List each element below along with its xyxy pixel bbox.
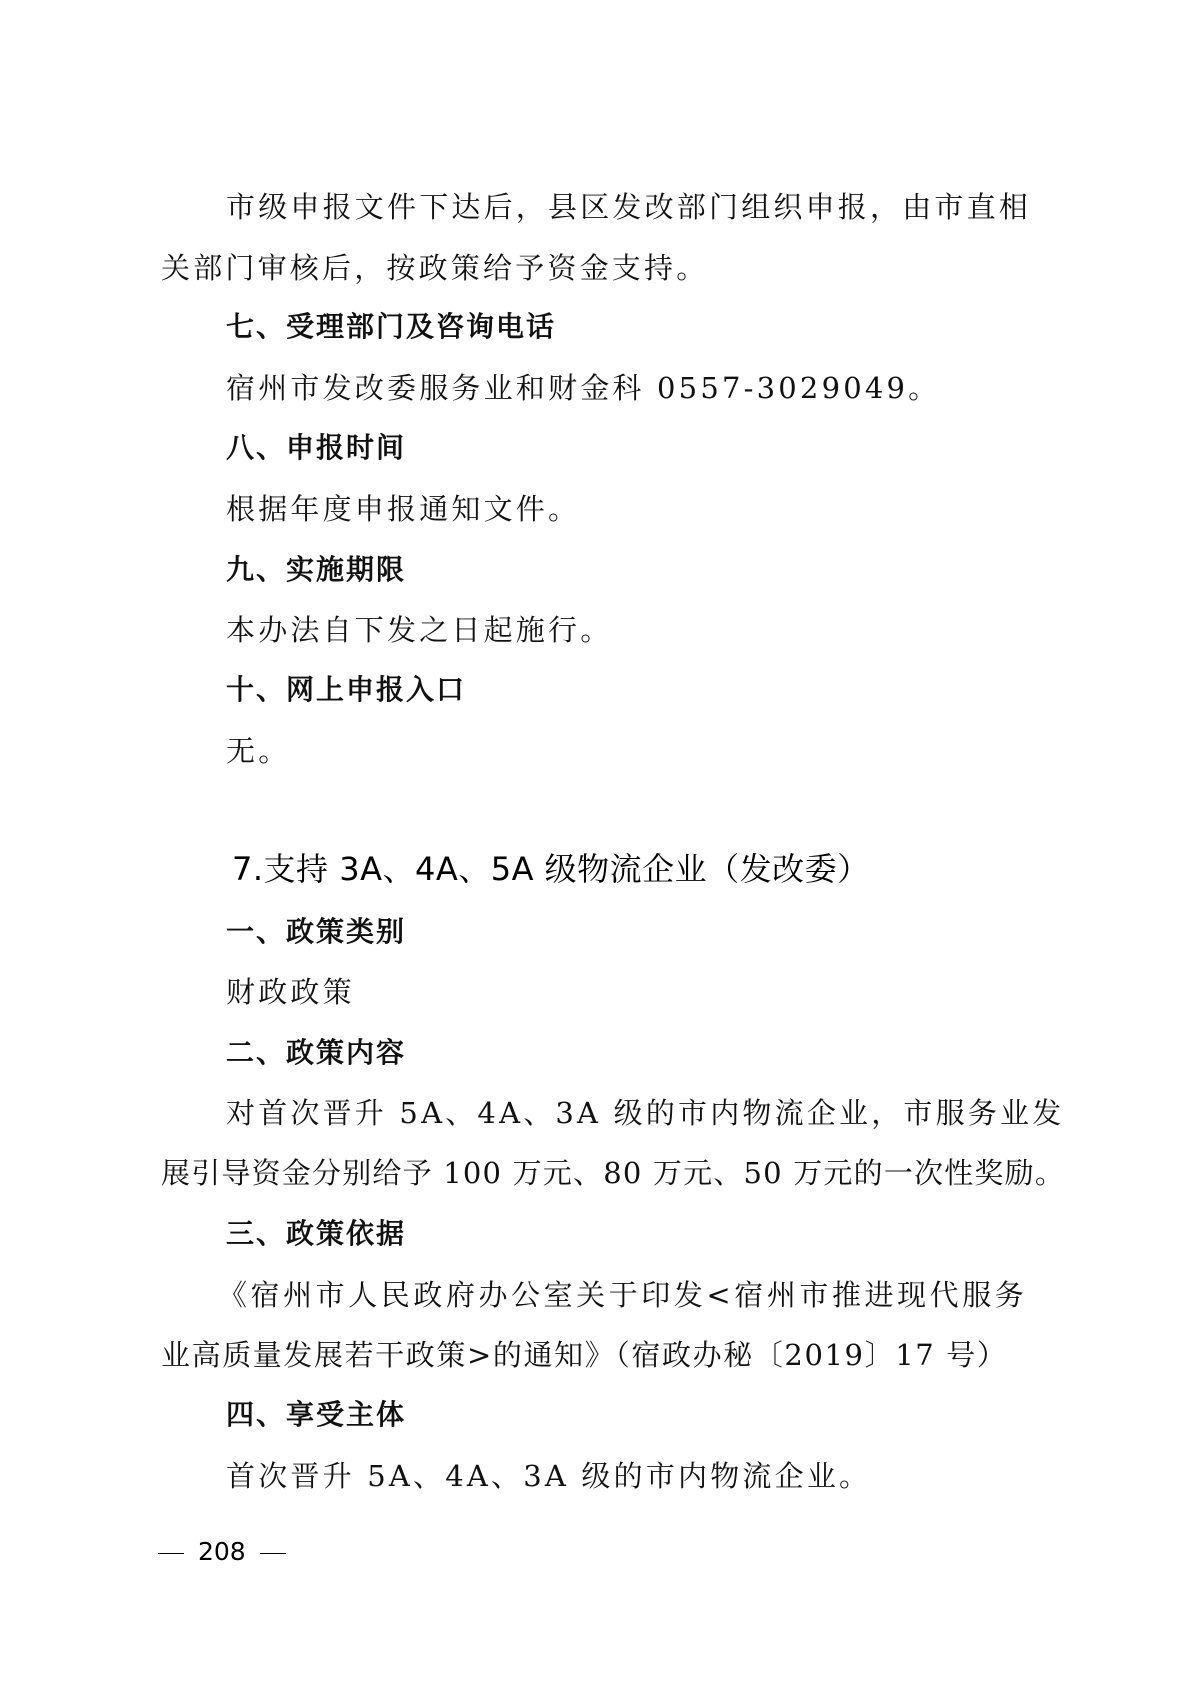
section-body: 根据年度申报通知文件。: [226, 489, 1027, 529]
section-heading: 九、实施期限: [226, 550, 1027, 590]
section-heading: 十、网上申报入口: [226, 670, 1027, 710]
section-heading: 一、政策类别: [226, 912, 1027, 952]
page-number: 208: [198, 1537, 246, 1566]
paragraph-line: 市级申报文件下达后，县区发改部门组织申报，由市直相: [226, 187, 1027, 227]
section-body: 《宿州市人民政府办公室关于印发<宿州市推进现代服务: [218, 1275, 1027, 1315]
section-heading: 七、受理部门及咨询电话: [226, 307, 1027, 347]
policy-title: 7.支持 3A、4A、5A 级物流企业（发改委）: [232, 847, 870, 891]
section-heading: 二、政策内容: [226, 1033, 1027, 1073]
section-body: 首次晋升 5A、4A、3A 级的市内物流企业。: [226, 1456, 1027, 1496]
dash-left: [158, 1553, 184, 1554]
section-body: 宿州市发改委服务业和财金科 0557-3029049。: [226, 368, 1027, 408]
paragraph-line: 关部门审核后，按政策给予资金支持。: [161, 248, 1027, 288]
section-body: 无。: [226, 731, 1027, 771]
section-body: 展引导资金分别给予 100 万元、80 万元、50 万元的一次性奖励。: [161, 1153, 1027, 1193]
section-body: 对首次晋升 5A、4A、3A 级的市内物流企业，市服务业发: [226, 1093, 1027, 1133]
document-page: 市级申报文件下达后，县区发改部门组织申报，由市直相 关部门审核后，按政策给予资金…: [0, 0, 1190, 1683]
section-heading: 八、申报时间: [226, 428, 1027, 468]
section-body: 本办法自下发之日起施行。: [226, 610, 1027, 650]
section-body: 财政政策: [226, 972, 1027, 1012]
page-footer: 208: [158, 1534, 300, 1570]
section-heading: 三、政策依据: [226, 1214, 1027, 1254]
section-body: 业高质量发展若干政策>的通知》（宿政办秘〔2019〕17 号）: [161, 1335, 1027, 1375]
dash-right: [260, 1553, 286, 1554]
section-heading: 四、享受主体: [226, 1395, 1027, 1435]
